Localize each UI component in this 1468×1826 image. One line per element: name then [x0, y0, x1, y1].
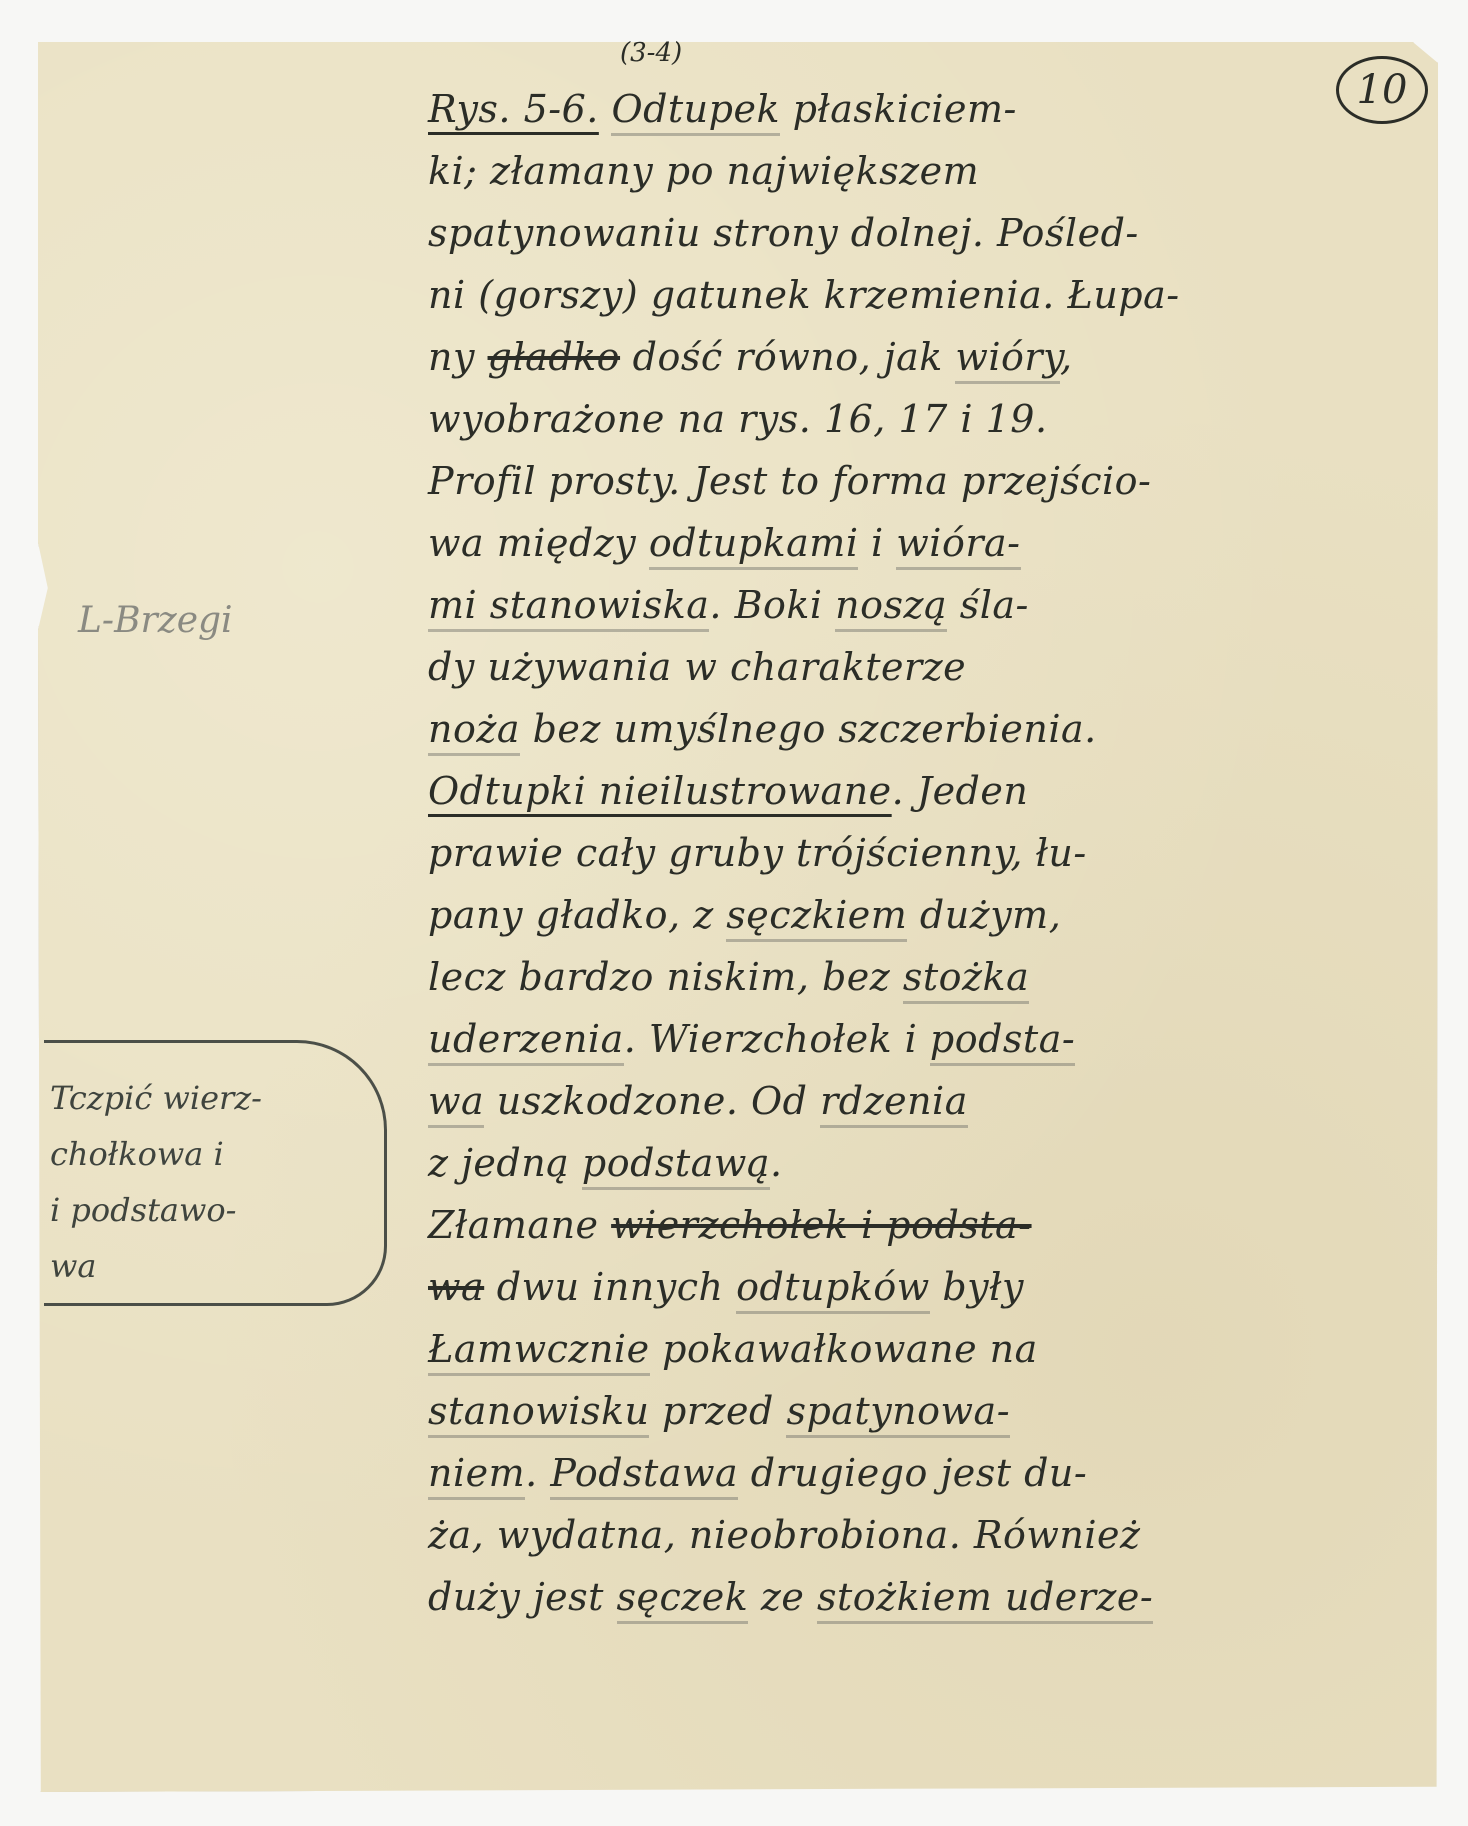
manuscript-line: Odtupki nieilustrowane. Jeden — [428, 760, 1418, 822]
figure-reference-note: (3-4) — [620, 38, 682, 68]
underlined-text: podsta- — [930, 1017, 1075, 1066]
manuscript-line: ni (gorszy) gatunek krzemienia. Łupa- — [428, 264, 1418, 326]
manuscript-line: dy używania w charakterze — [428, 636, 1418, 698]
underlined-text: noszą — [835, 583, 947, 632]
underlined-text: uderzenia — [428, 1017, 624, 1066]
text-segment: . Wierzchołek i — [624, 1017, 930, 1061]
text-segment: uszkodzone. Od — [484, 1079, 820, 1123]
text-segment: dość równo, jak — [620, 335, 955, 379]
manuscript-line: z jedną podstawą. — [428, 1132, 1418, 1194]
text-segment: bez umyślnego szczerbienia. — [520, 707, 1097, 751]
underlined-text: Łamwcznie — [428, 1327, 650, 1376]
text-segment: płaskiciem- — [780, 87, 1017, 131]
text-segment: dużym, — [907, 893, 1061, 937]
manuscript-line: Rys. 5-6. Odtupek płaskiciem- — [428, 78, 1418, 140]
text-segment: śla- — [947, 583, 1029, 627]
manuscript-line: noża bez umyślnego szczerbienia. — [428, 698, 1418, 760]
text-segment: pany gładko, z — [428, 893, 726, 937]
underlined-text: rdzenia — [820, 1079, 968, 1128]
text-segment: duży jest — [428, 1575, 617, 1619]
underlined-text: niem — [428, 1451, 525, 1500]
underlined-text: Odtupek — [611, 87, 780, 136]
manuscript-line: niem. Podstawa drugiego jest du- — [428, 1442, 1418, 1504]
manuscript-line: pany gładko, z sęczkiem dużym, — [428, 884, 1418, 946]
text-segment: prawie cały gruby trójścienny, łu- — [428, 831, 1087, 875]
text-segment: . — [770, 1141, 783, 1185]
text-segment: . — [525, 1451, 550, 1495]
manuscript-line: ki; złamany po największem — [428, 140, 1418, 202]
text-segment: ze — [748, 1575, 817, 1619]
text-segment: Profil prosty. Jest to forma przejścio- — [428, 459, 1151, 503]
underlined-text: odtupków — [736, 1265, 930, 1314]
margin-note-line: Tczpić wierz- — [50, 1070, 370, 1126]
manuscript-line: duży jest sęczek ze stożkiem uderze- — [428, 1566, 1418, 1628]
manuscript-line: ża, wydatna, nieobrobiona. Również — [428, 1504, 1418, 1566]
text-segment: Złamane — [428, 1203, 611, 1247]
manuscript-body: Rys. 5-6. Odtupek płaskiciem-ki; złamany… — [428, 78, 1418, 1628]
underlined-text: wióra- — [896, 521, 1020, 570]
text-segment: przed — [649, 1389, 786, 1433]
underlined-text: wa — [428, 1079, 484, 1128]
manuscript-line: ny gładko dość równo, jak wióry, — [428, 326, 1418, 388]
struck-text: wierzchołek i podsta- — [611, 1203, 1031, 1247]
text-segment: z jedną — [428, 1141, 582, 1185]
margin-boxed-note: Tczpić wierz- chołkowa i i podstawo- wa — [50, 1070, 370, 1294]
text-segment: dwu innych — [484, 1265, 736, 1309]
text-segment: lecz bardzo niskim, bez — [428, 955, 903, 999]
struck-text: wa — [428, 1265, 484, 1309]
manuscript-line: prawie cały gruby trójścienny, łu- — [428, 822, 1418, 884]
manuscript-line: Łamwcznie pokawałkowane na — [428, 1318, 1418, 1380]
text-segment: spatynowaniu strony dolnej. Pośled- — [428, 211, 1139, 255]
underlined-text: Rys. 5-6. — [428, 87, 599, 131]
text-segment: i — [858, 521, 896, 565]
text-segment: . Boki — [709, 583, 835, 627]
manuscript-line: stanowisku przed spatynowa- — [428, 1380, 1418, 1442]
margin-note-line: chołkowa i — [50, 1126, 370, 1182]
text-segment: ża, wydatna, nieobrobiona. Również — [428, 1513, 1141, 1557]
text-segment: ki; złamany po największem — [428, 149, 979, 193]
manuscript-line: mi stanowiska. Boki noszą śla- — [428, 574, 1418, 636]
text-segment: , — [1060, 335, 1073, 379]
underlined-text: wióry — [955, 335, 1060, 384]
underlined-text: Podstawa — [550, 1451, 738, 1500]
manuscript-line: wa dwu innych odtupków były — [428, 1256, 1418, 1318]
text-segment: drugiego jest du- — [738, 1451, 1087, 1495]
underlined-text: sęczkiem — [726, 893, 907, 942]
manuscript-line: wa uszkodzone. Od rdzenia — [428, 1070, 1418, 1132]
underlined-text: mi stanowiska — [428, 583, 709, 632]
manuscript-line: wa między odtupkami i wióra- — [428, 512, 1418, 574]
struck-text: gładko — [488, 335, 621, 379]
underlined-text: odtupkami — [649, 521, 859, 570]
underlined-text: sęczek — [617, 1575, 749, 1624]
manuscript-line: wyobrażone na rys. 16, 17 i 19. — [428, 388, 1418, 450]
text-segment: ny — [428, 335, 488, 379]
text-segment: pokawałkowane na — [650, 1327, 1038, 1371]
underlined-text: noża — [428, 707, 520, 756]
text-segment: . Jeden — [892, 769, 1029, 813]
underlined-text: stożkiem uderze- — [817, 1575, 1153, 1624]
text-segment — [599, 87, 612, 131]
text-segment: dy używania w charakterze — [428, 645, 966, 689]
manuscript-line: Profil prosty. Jest to forma przejścio- — [428, 450, 1418, 512]
underlined-text: Odtupki nieilustrowane — [428, 769, 892, 813]
text-segment: ni (gorszy) gatunek krzemienia. Łupa- — [428, 273, 1180, 317]
underlined-text: stanowisku — [428, 1389, 649, 1438]
margin-pencil-note: L-Brzegi — [78, 600, 233, 641]
text-segment: wyobrażone na rys. 16, 17 i 19. — [428, 397, 1048, 441]
margin-note-line: wa — [50, 1238, 370, 1294]
manuscript-line: spatynowaniu strony dolnej. Pośled- — [428, 202, 1418, 264]
manuscript-line: Złamane wierzchołek i podsta- — [428, 1194, 1418, 1256]
text-segment: wa między — [428, 521, 649, 565]
underlined-text: spatynowa- — [786, 1389, 1010, 1438]
manuscript-line: lecz bardzo niskim, bez stożka — [428, 946, 1418, 1008]
underlined-text: stożka — [903, 955, 1029, 1004]
margin-note-line: i podstawo- — [50, 1182, 370, 1238]
manuscript-line: uderzenia. Wierzchołek i podsta- — [428, 1008, 1418, 1070]
underlined-text: podstawą — [582, 1141, 770, 1190]
text-segment: były — [930, 1265, 1024, 1309]
